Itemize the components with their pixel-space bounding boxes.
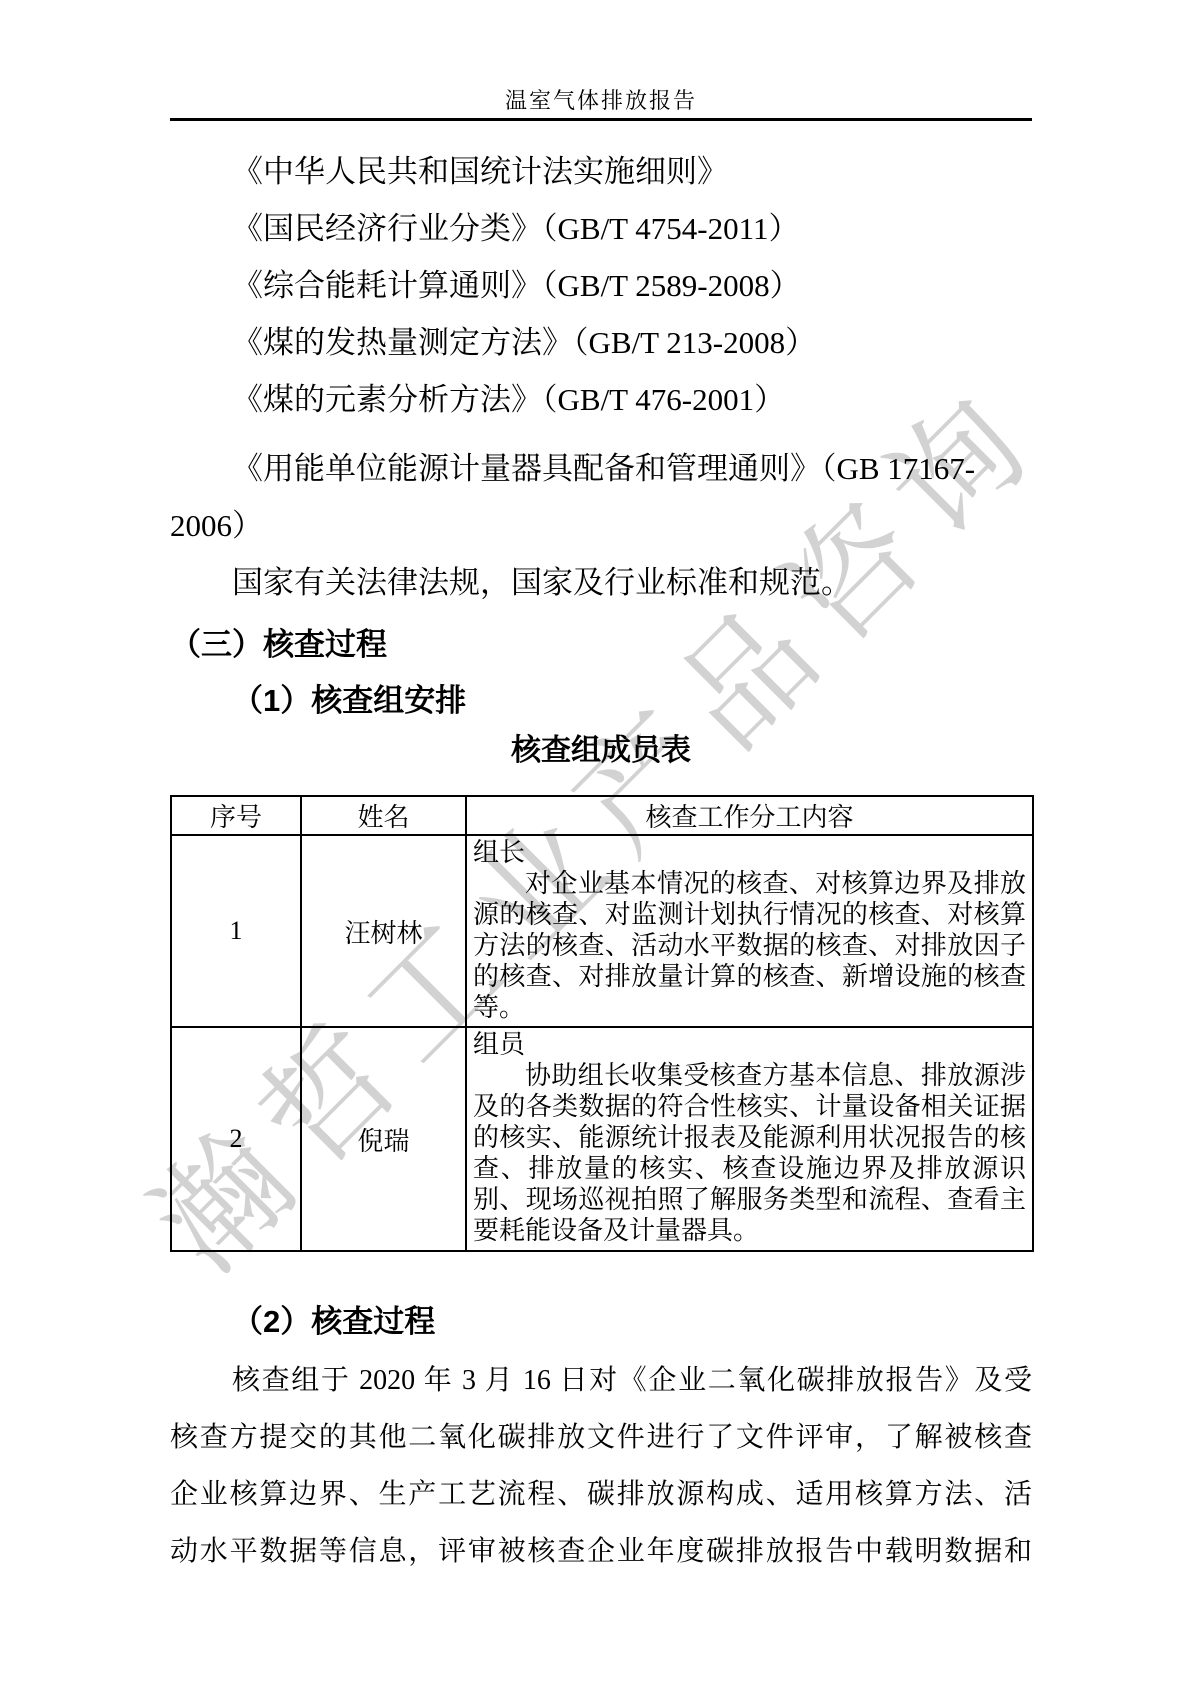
document-page: 瀚哲工业产品咨询 温室气体排放报告 《中华人民共和国统计法实施细则》 《国民经济… bbox=[0, 0, 1202, 1702]
reference-line: 国家有关法律法规，国家及行业标准和规范。 bbox=[170, 554, 1032, 611]
reference-line: 《综合能耗计算通则》（GB/T 2589-2008） bbox=[170, 257, 1032, 314]
column-header-no: 序号 bbox=[171, 796, 301, 835]
member-no: 1 bbox=[171, 835, 301, 1027]
paragraph-line: 企业核算边界、生产工艺流程、碳排放源构成、适用核算方法、活 bbox=[170, 1466, 1032, 1523]
verification-paragraph: 核查组于 2020 年 3 月 16 日对《企业二氧化碳排放报告》及受 核查方提… bbox=[170, 1352, 1032, 1580]
member-no: 2 bbox=[171, 1027, 301, 1251]
paragraph-line: 核查组于 2020 年 3 月 16 日对《企业二氧化碳排放报告》及受 bbox=[170, 1352, 1032, 1409]
header-rule bbox=[170, 118, 1032, 121]
reference-line: 《用能单位能源计量器具配备和管理通则》（GB 17167- bbox=[170, 440, 1032, 497]
column-header-name: 姓名 bbox=[301, 796, 466, 835]
member-name: 倪瑞 bbox=[301, 1027, 466, 1251]
page-header-title: 温室气体排放报告 bbox=[0, 84, 1202, 115]
table-title: 核查组成员表 bbox=[170, 731, 1032, 771]
section-heading-verification-process: （三）核查过程 bbox=[170, 625, 1032, 665]
subsection-heading-team-arrangement: （1）核查组安排 bbox=[170, 681, 1032, 721]
reference-line: 《煤的发热量测定方法》（GB/T 213-2008） bbox=[170, 314, 1032, 371]
member-name: 汪树林 bbox=[301, 835, 466, 1027]
document-body: 《中华人民共和国统计法实施细则》 《国民经济行业分类》（GB/T 4754-20… bbox=[170, 143, 1032, 1580]
table-header-row: 序号 姓名 核查工作分工内容 bbox=[171, 796, 1033, 835]
member-role: 组员 bbox=[473, 1029, 1026, 1060]
member-duties-text: 对企业基本情况的核查、对核算边界及排放源的核查、对监测计划执行情况的核查、对核算… bbox=[473, 868, 1026, 1023]
table-row: 1 汪树林 组长 对企业基本情况的核查、对核算边界及排放源的核查、对监测计划执行… bbox=[171, 835, 1033, 1027]
member-duties-cell: 组长 对企业基本情况的核查、对核算边界及排放源的核查、对监测计划执行情况的核查、… bbox=[466, 835, 1033, 1027]
verification-team-table: 序号 姓名 核查工作分工内容 1 汪树林 组长 对企业基本情况的核查、对核算边界… bbox=[170, 795, 1034, 1252]
paragraph-line: 动水平数据等信息，评审被核查企业年度碳排放报告中载明数据和 bbox=[170, 1523, 1032, 1580]
reference-line: 《煤的元素分析方法》（GB/T 476-2001） bbox=[170, 371, 1032, 428]
reference-line: 《国民经济行业分类》（GB/T 4754-2011） bbox=[170, 200, 1032, 257]
reference-line: 《中华人民共和国统计法实施细则》 bbox=[170, 143, 1032, 200]
column-header-duties: 核查工作分工内容 bbox=[466, 796, 1033, 835]
subsection-heading-verification-procedure: （2）核查过程 bbox=[170, 1302, 1032, 1342]
reference-line-continuation: 2006） bbox=[170, 497, 1032, 554]
paragraph-line: 核查方提交的其他二氧化碳排放文件进行了文件评审，了解被核查 bbox=[170, 1409, 1032, 1466]
member-duties-text: 协助组长收集受核查方基本信息、排放源涉及的各类数据的符合性核实、计量设备相关证据… bbox=[473, 1060, 1026, 1246]
table-row: 2 倪瑞 组员 协助组长收集受核查方基本信息、排放源涉及的各类数据的符合性核实、… bbox=[171, 1027, 1033, 1251]
member-duties-cell: 组员 协助组长收集受核查方基本信息、排放源涉及的各类数据的符合性核实、计量设备相… bbox=[466, 1027, 1033, 1251]
member-role: 组长 bbox=[473, 837, 1026, 868]
